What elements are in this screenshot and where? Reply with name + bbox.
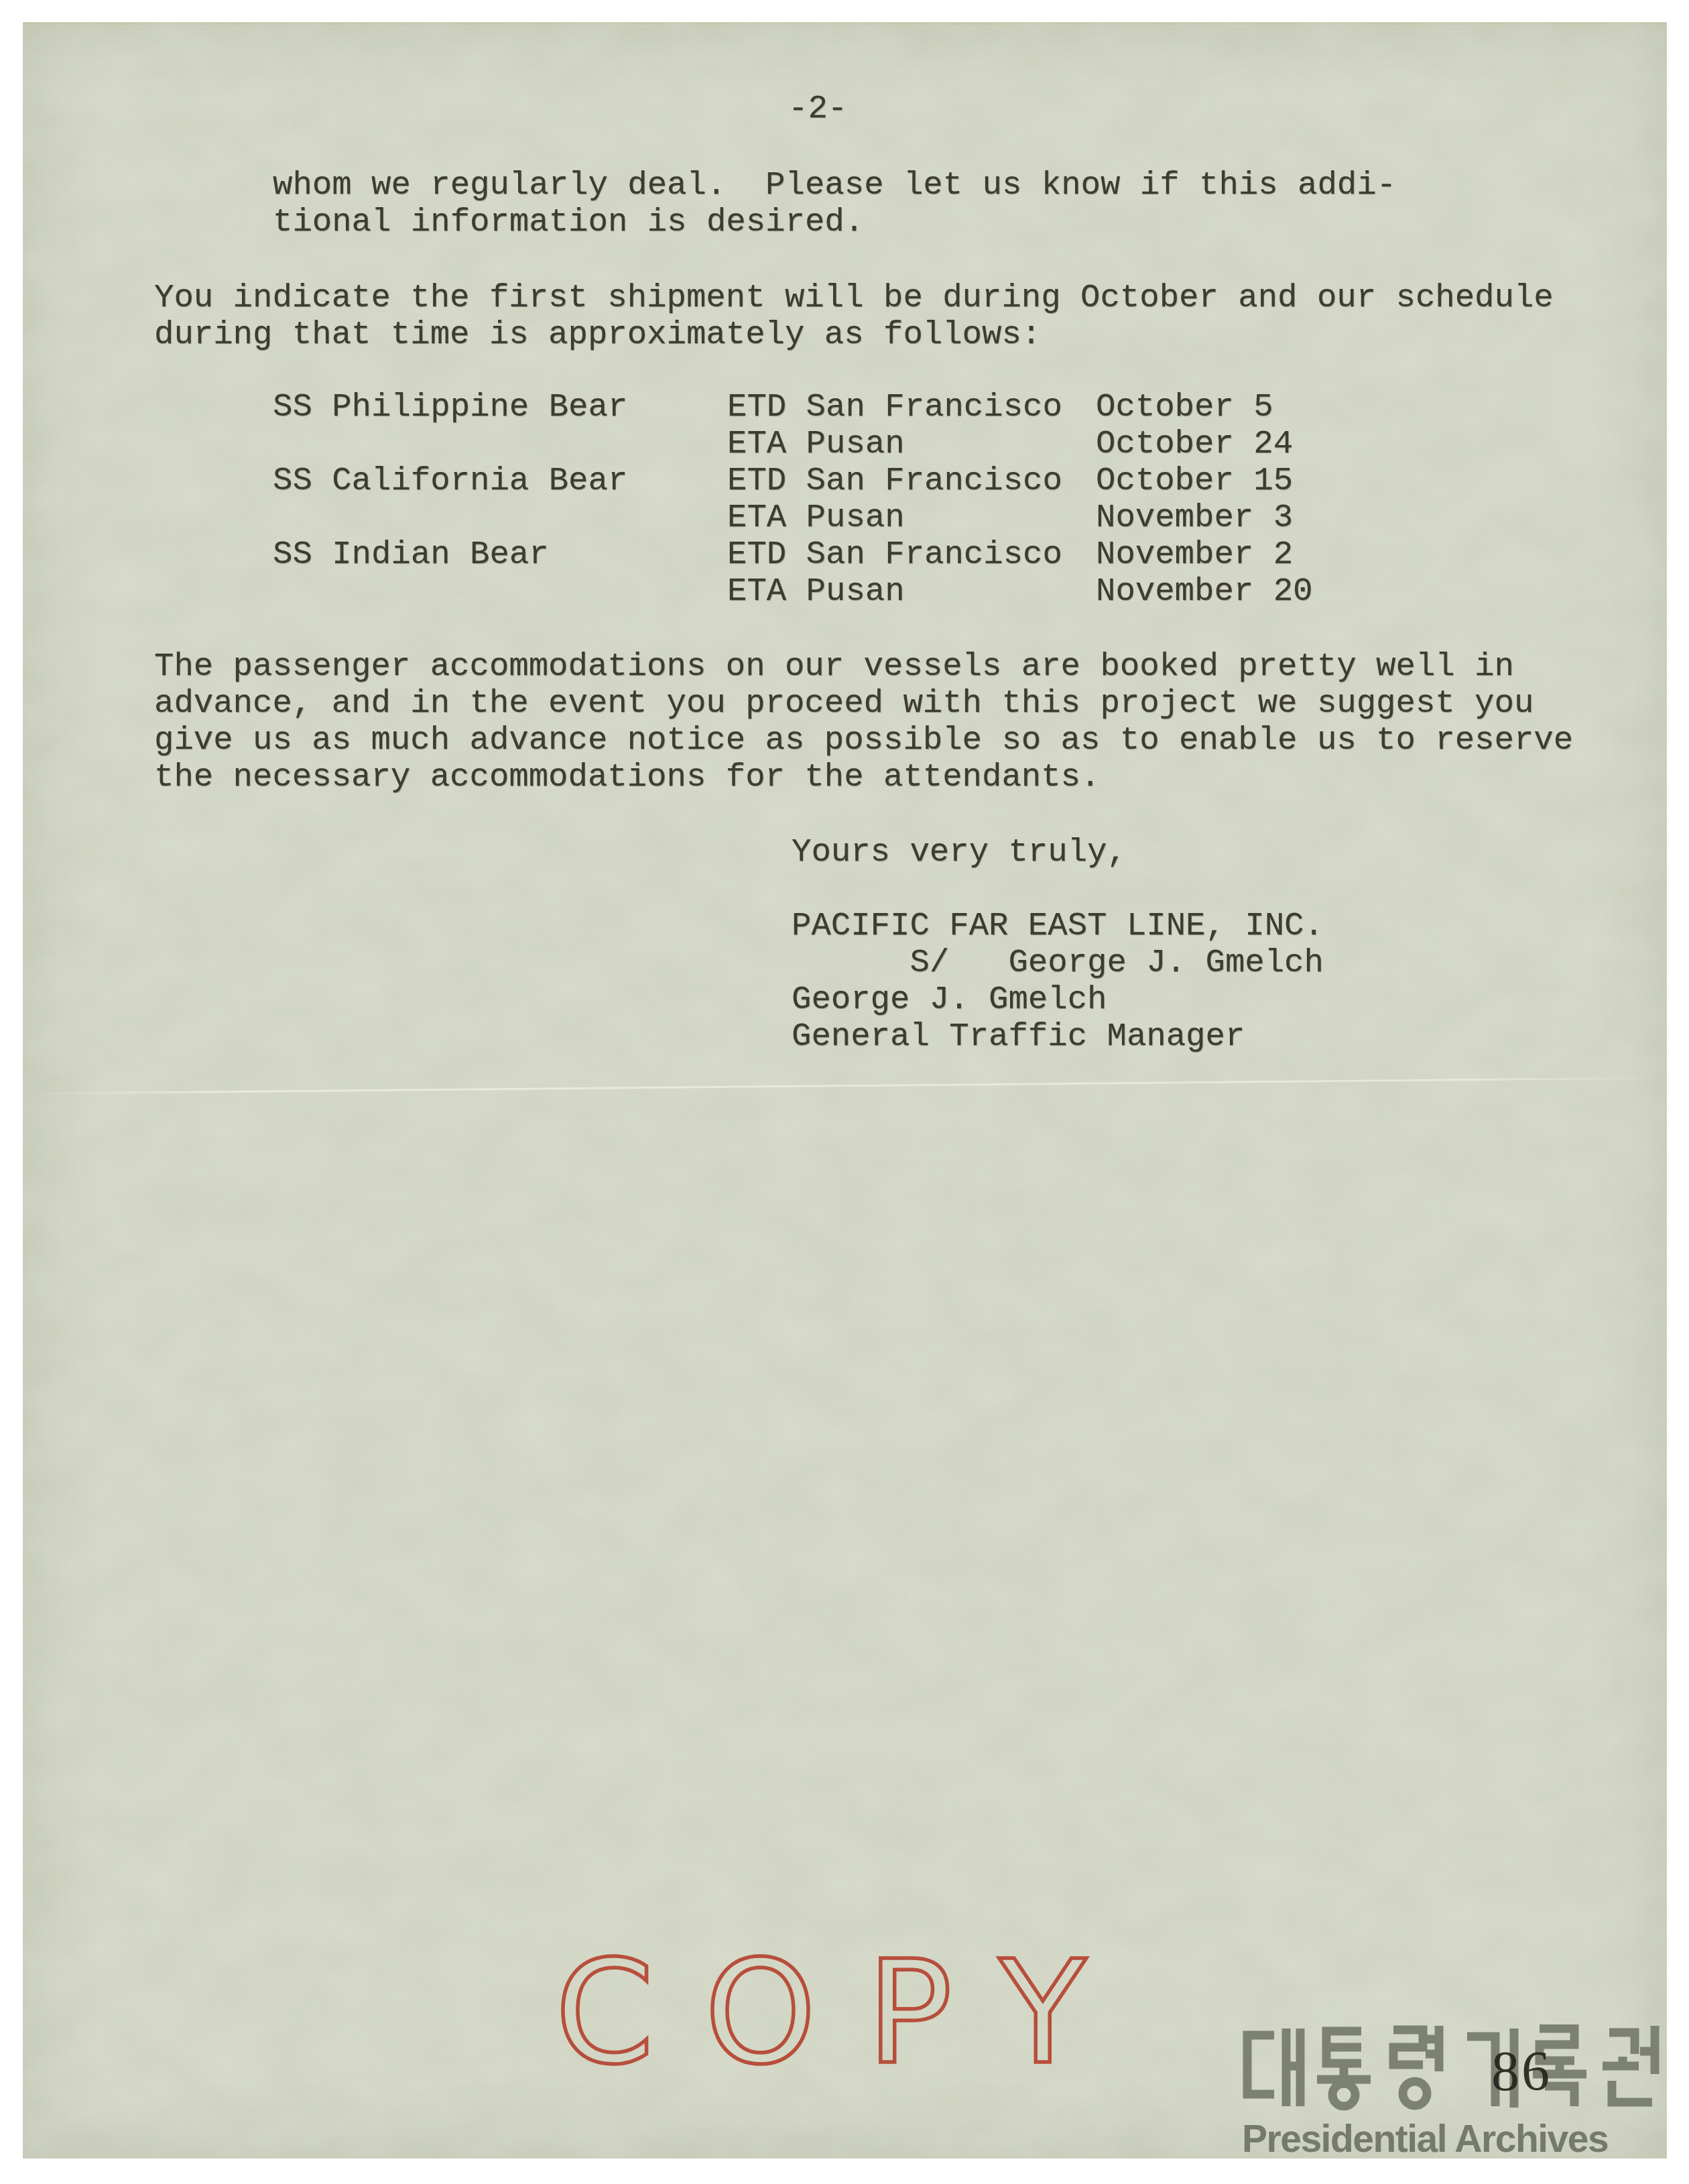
paragraph-intro-line: whom we regularly deal. Please let us kn… [273, 167, 1396, 204]
signer-name: George J. Gmelch [792, 981, 1324, 1018]
paragraph-schedule-intro: You indicate the first shipment will be … [154, 280, 1554, 353]
paragraph-passenger-line: give us as much advance notice as possib… [154, 722, 1573, 759]
signed-by-line: S/ George J. Gmelch [792, 945, 1324, 981]
paragraph-passenger-line: the necessary accommodations for the att… [154, 759, 1573, 796]
paragraph-schedule-intro-line: during that time is approximately as fol… [154, 316, 1554, 353]
paragraph-passenger-line: advance, and in the event you proceed wi… [154, 685, 1573, 722]
korean-archives-watermark [1237, 2024, 1669, 2113]
company-name: PACIFIC FAR EAST LINE, INC. [792, 908, 1324, 945]
paragraph-intro-line: tional information is desired. [273, 204, 1396, 241]
paragraph-intro: whom we regularly deal. Please let us kn… [273, 167, 1396, 241]
page-stamp-number: 86 [1491, 2039, 1552, 2104]
page-number: -2- [788, 90, 847, 127]
signature-block: PACIFIC FAR EAST LINE, INC. S/ George J.… [792, 908, 1324, 1055]
signer-title: General Traffic Manager [792, 1018, 1324, 1055]
copy-stamp: COPY [550, 1943, 1126, 2090]
scanned-letter-page: -2- whom we regularly deal. Please let u… [0, 0, 1689, 2184]
presidential-archives-watermark-text: Presidential Archives [1242, 2117, 1608, 2161]
paragraph-passenger: The passenger accommodations on our vess… [154, 648, 1573, 796]
paragraph-passenger-line: The passenger accommodations on our vess… [154, 648, 1573, 685]
copy-stamp-text: COPY [555, 1943, 1126, 2090]
closing-salutation: Yours very truly, [792, 834, 1127, 871]
paragraph-schedule-intro-line: You indicate the first shipment will be … [154, 280, 1554, 316]
